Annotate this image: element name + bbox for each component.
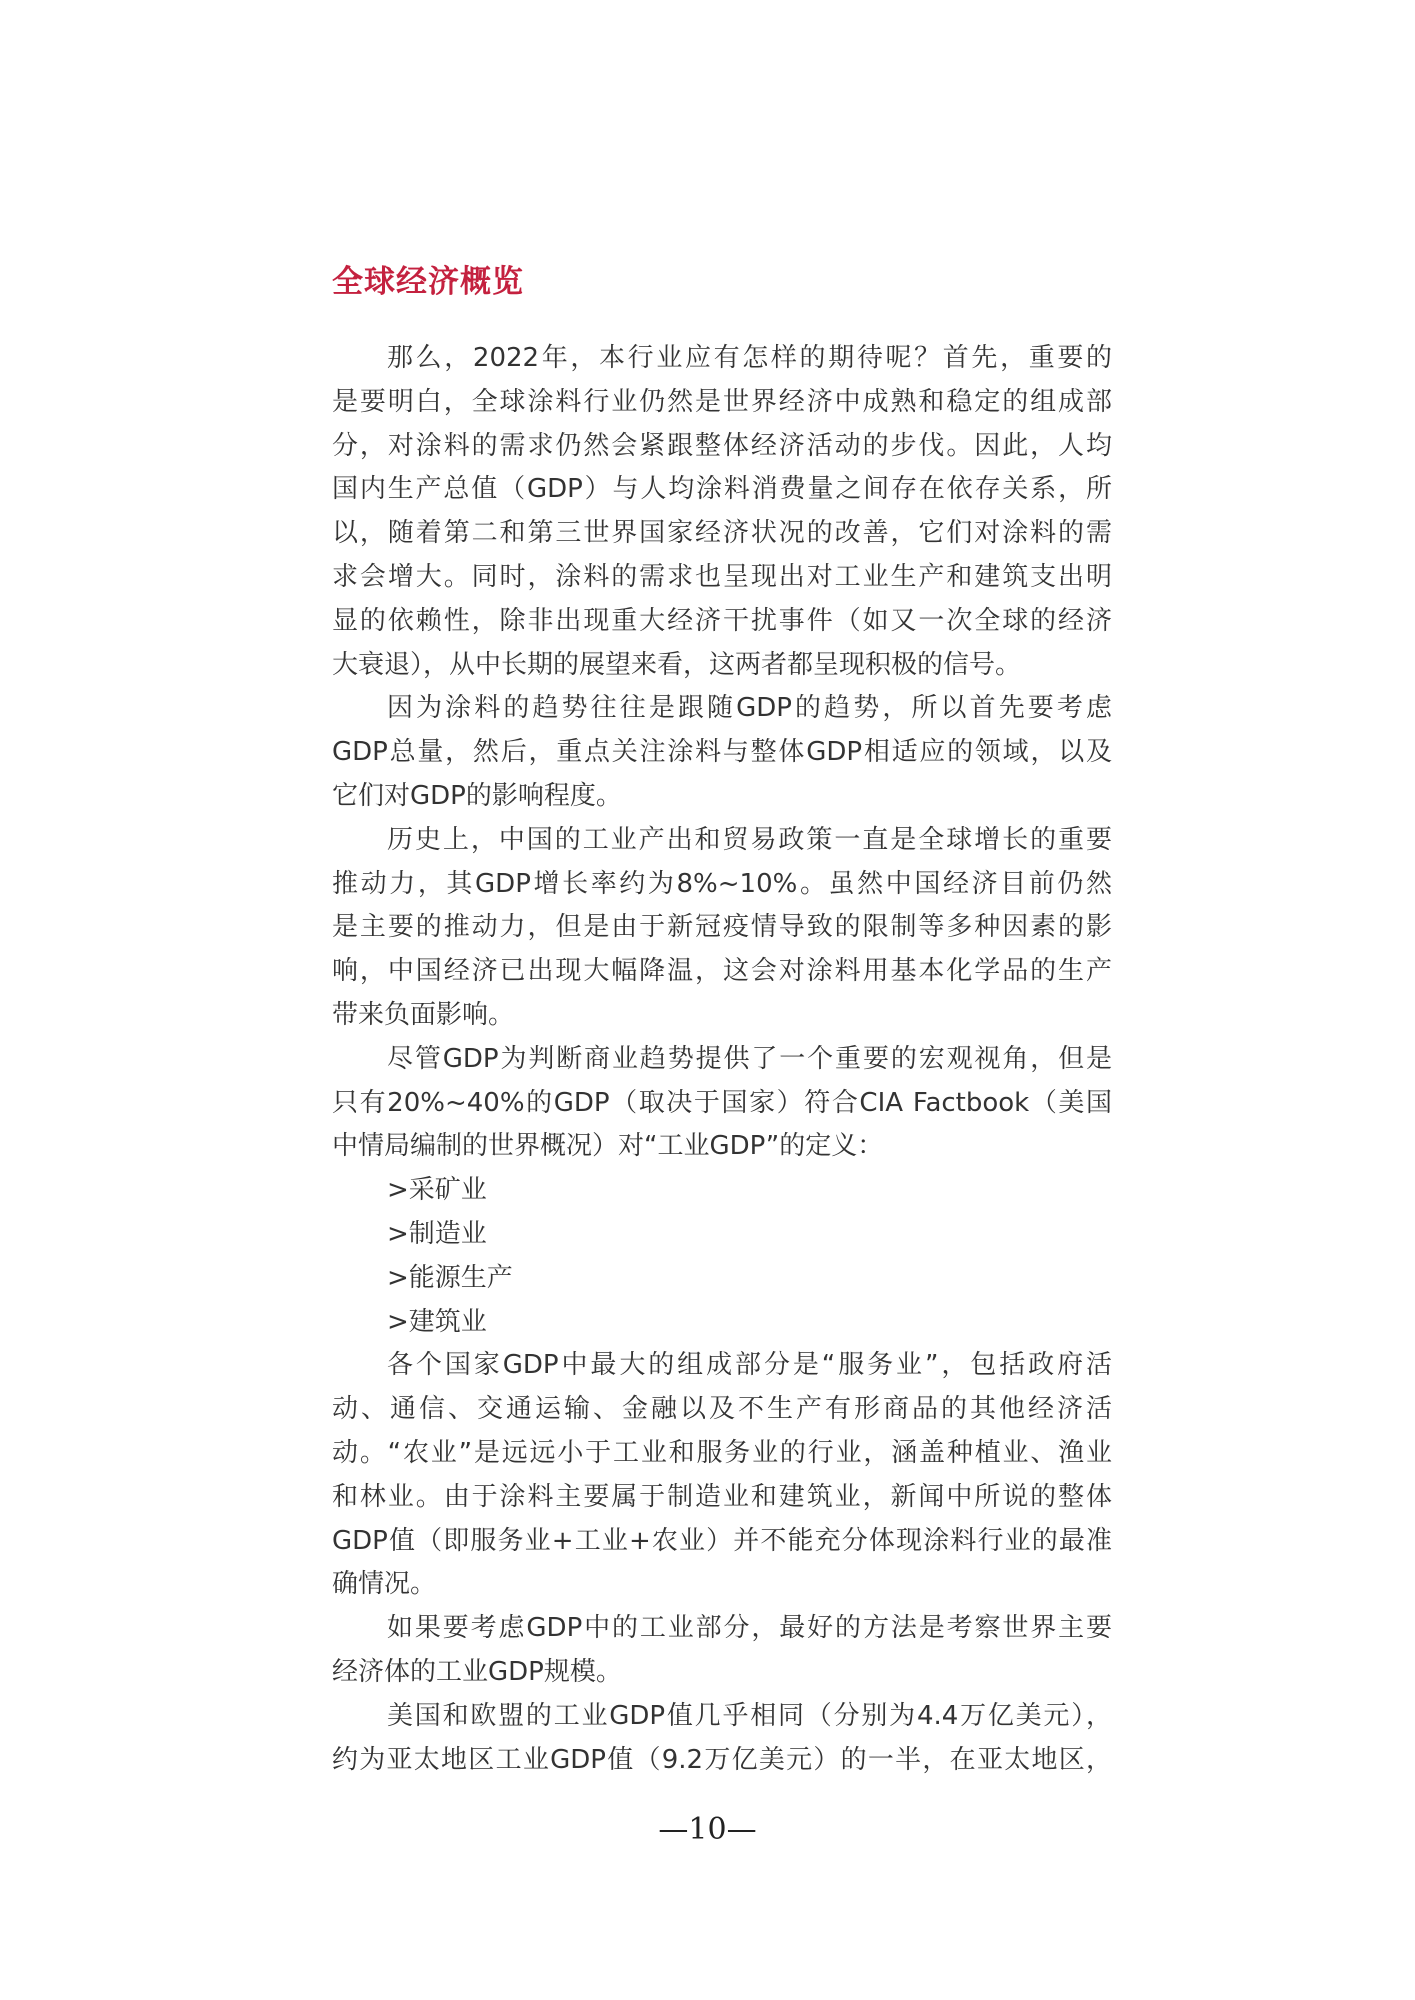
text-line: 是要明白，全球涂料行业仍然是世界经济中成熟和稳定的组成部 — [332, 381, 1112, 425]
text-line: 美国和欧盟的工业GDP值几乎相同（分别为4.4万亿美元）， — [332, 1695, 1112, 1739]
paragraph: 美国和欧盟的工业GDP值几乎相同（分别为4.4万亿美元）， 约为亚太地区工业GD… — [332, 1695, 1112, 1783]
text-line: 带来负面影响。 — [332, 994, 1112, 1038]
text-line: 推动力，其GDP增长率约为8%~10%。虽然中国经济目前仍然 — [332, 863, 1112, 907]
paragraph: 那么，2022年，本行业应有怎样的期待呢？首先，重要的 是要明白，全球涂料行业仍… — [332, 337, 1112, 687]
page-number: —10— — [0, 1810, 1415, 1850]
text-line: 响，中国经济已出现大幅降温，这会对涂料用基本化学品的生产 — [332, 950, 1112, 994]
text-line: 求会增大。同时，涂料的需求也呈现出对工业生产和建筑支出明 — [332, 556, 1112, 600]
document-page: 全球经济概览 那么，2022年，本行业应有怎样的期待呢？首先，重要的 是要明白，… — [0, 0, 1415, 2000]
text-line: 分，对涂料的需求仍然会紧跟整体经济活动的步伐。因此，人均 — [332, 425, 1112, 469]
text-line: 约为亚太地区工业GDP值（9.2万亿美元）的一半，在亚太地区， — [332, 1739, 1112, 1783]
text-line: 经济体的工业GDP规模。 — [332, 1651, 1112, 1695]
paragraph: 历史上，中国的工业产出和贸易政策一直是全球增长的重要 推动力，其GDP增长率约为… — [332, 819, 1112, 1038]
text-line: GDP值（即服务业+工业+农业）并不能充分体现涂料行业的最准 — [332, 1520, 1112, 1564]
list-item: >制造业 — [332, 1213, 1112, 1257]
text-line: 因为涂料的趋势往往是跟随GDP的趋势，所以首先要考虑 — [332, 687, 1112, 731]
text-line: 确情况。 — [332, 1563, 1112, 1607]
text-line: 尽管GDP为判断商业趋势提供了一个重要的宏观视角，但是 — [332, 1038, 1112, 1082]
text-line: GDP总量，然后，重点关注涂料与整体GDP相适应的领域，以及 — [332, 731, 1112, 775]
text-line: 各个国家GDP中最大的组成部分是“服务业”，包括政府活 — [332, 1344, 1112, 1388]
paragraph: 尽管GDP为判断商业趋势提供了一个重要的宏观视角，但是 只有20%~40%的GD… — [332, 1038, 1112, 1169]
industrial-gdp-list: >采矿业 >制造业 >能源生产 >建筑业 — [332, 1169, 1112, 1344]
paragraph: 如果要考虑GDP中的工业部分，最好的方法是考察世界主要 经济体的工业GDP规模。 — [332, 1607, 1112, 1695]
paragraph: 各个国家GDP中最大的组成部分是“服务业”，包括政府活 动、通信、交通运输、金融… — [332, 1344, 1112, 1607]
text-line: 动、通信、交通运输、金融以及不生产有形商品的其他经济活 — [332, 1388, 1112, 1432]
text-line: 如果要考虑GDP中的工业部分，最好的方法是考察世界主要 — [332, 1607, 1112, 1651]
body-text: 那么，2022年，本行业应有怎样的期待呢？首先，重要的 是要明白，全球涂料行业仍… — [332, 337, 1112, 1782]
list-item: >建筑业 — [332, 1301, 1112, 1345]
text-line: 和林业。由于涂料主要属于制造业和建筑业，新闻中所说的整体 — [332, 1476, 1112, 1520]
text-line: 是主要的推动力，但是由于新冠疫情导致的限制等多种因素的影 — [332, 906, 1112, 950]
list-item: >能源生产 — [332, 1257, 1112, 1301]
text-line: 国内生产总值（GDP）与人均涂料消费量之间存在依存关系，所 — [332, 468, 1112, 512]
text-line: 那么，2022年，本行业应有怎样的期待呢？首先，重要的 — [332, 337, 1112, 381]
text-line: 以，随着第二和第三世界国家经济状况的改善，它们对涂料的需 — [332, 512, 1112, 556]
text-line: 动。“农业”是远远小于工业和服务业的行业，涵盖种植业、渔业 — [332, 1432, 1112, 1476]
text-line: 它们对GDP的影响程度。 — [332, 775, 1112, 819]
text-line: 显的依赖性，除非出现重大经济干扰事件（如又一次全球的经济 — [332, 600, 1112, 644]
text-line: 大衰退），从中长期的展望来看，这两者都呈现积极的信号。 — [332, 644, 1112, 688]
text-line: 中情局编制的世界概况）对“工业GDP”的定义： — [332, 1125, 1112, 1169]
list-item: >采矿业 — [332, 1169, 1112, 1213]
paragraph: 因为涂料的趋势往往是跟随GDP的趋势，所以首先要考虑 GDP总量，然后，重点关注… — [332, 687, 1112, 818]
text-line: 只有20%~40%的GDP（取决于国家）符合CIA Factbook（美国 — [332, 1082, 1112, 1126]
text-line: 历史上，中国的工业产出和贸易政策一直是全球增长的重要 — [332, 819, 1112, 863]
section-heading: 全球经济概览 — [332, 262, 524, 302]
